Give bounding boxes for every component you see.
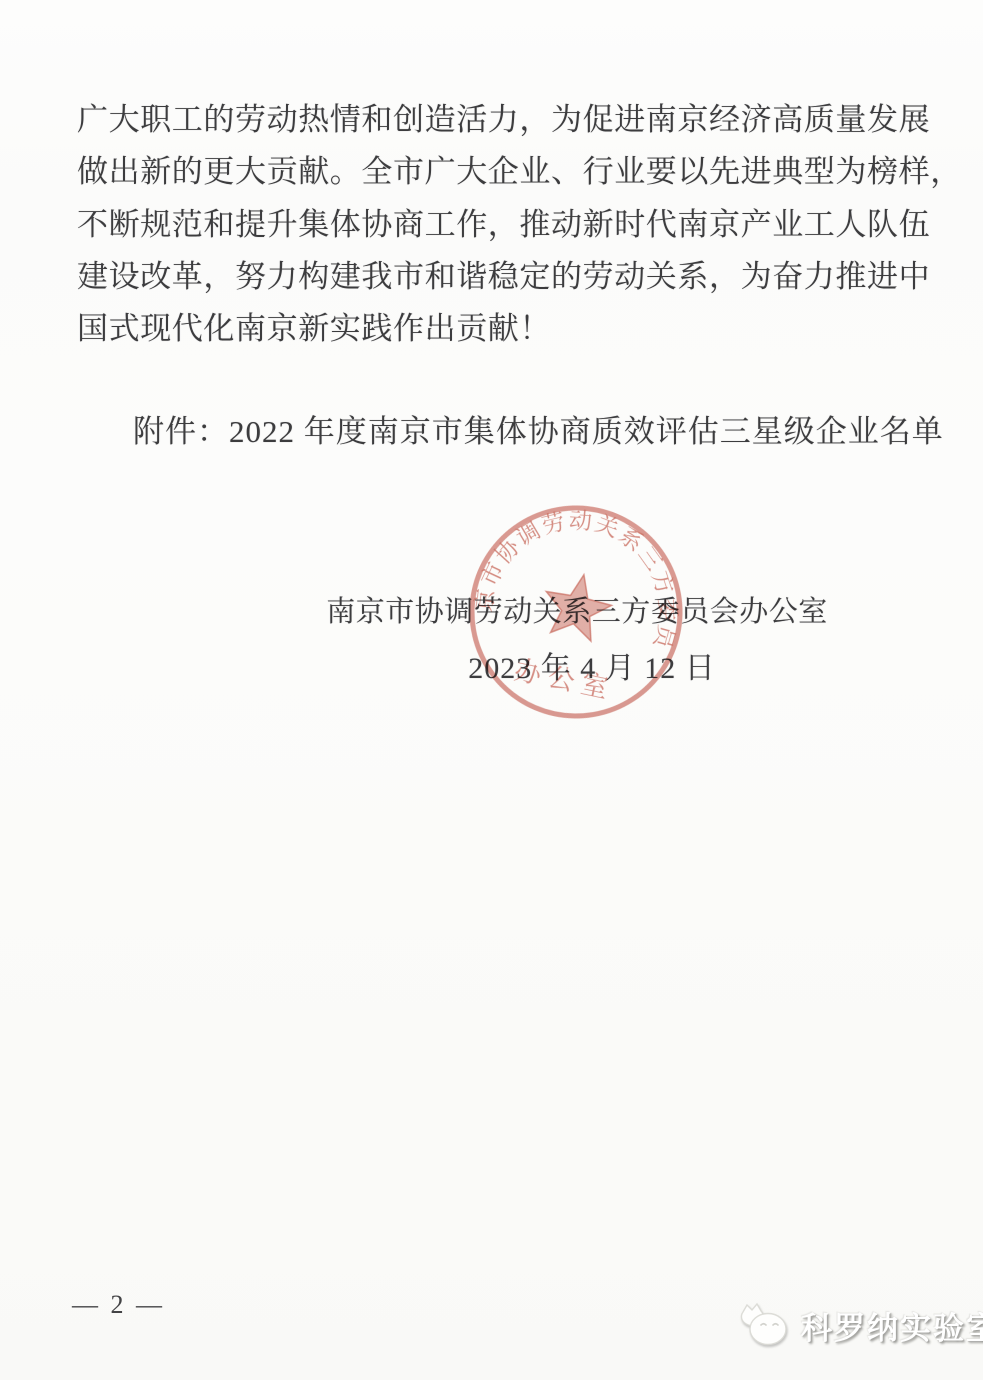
paragraph-line: 不断规范和提升集体协商工作，推动新时代南京产业工人队伍 xyxy=(77,199,945,251)
page-number: — 2 — xyxy=(72,1290,165,1320)
document-page: 广大职工的劳动热情和创造活力，为促进南京经济高质量发展 做出新的更大贡献。全市广… xyxy=(0,0,983,1380)
mascot-logo-icon xyxy=(735,1298,793,1352)
attachment-line: 附件：2022 年度南京市集体协商质效评估三星级企业名单 xyxy=(133,406,944,451)
paragraph-line: 国式现代化南京新实践作出贡献！ xyxy=(77,303,945,355)
watermark: 科罗纳实验室 xyxy=(735,1298,983,1352)
red-star-icon xyxy=(538,568,616,644)
paragraph-line: 做出新的更大贡献。全市广大企业、行业要以先进典型为榜样， xyxy=(77,146,945,198)
seal-bottom-text: 办公室 xyxy=(512,655,618,706)
body-paragraph: 广大职工的劳动热情和创造活力，为促进南京经济高质量发展 做出新的更大贡献。全市广… xyxy=(77,94,945,355)
watermark-text: 科罗纳实验室 xyxy=(801,1303,983,1348)
paragraph-line: 广大职工的劳动热情和创造活力，为促进南京经济高质量发展 xyxy=(77,94,945,146)
official-seal: 南京市协调劳动关系三方委员会 办公室 xyxy=(438,474,713,749)
paragraph-line: 建设改革，努力构建我市和谐稳定的劳动关系，为奋力推进中 xyxy=(77,251,945,303)
